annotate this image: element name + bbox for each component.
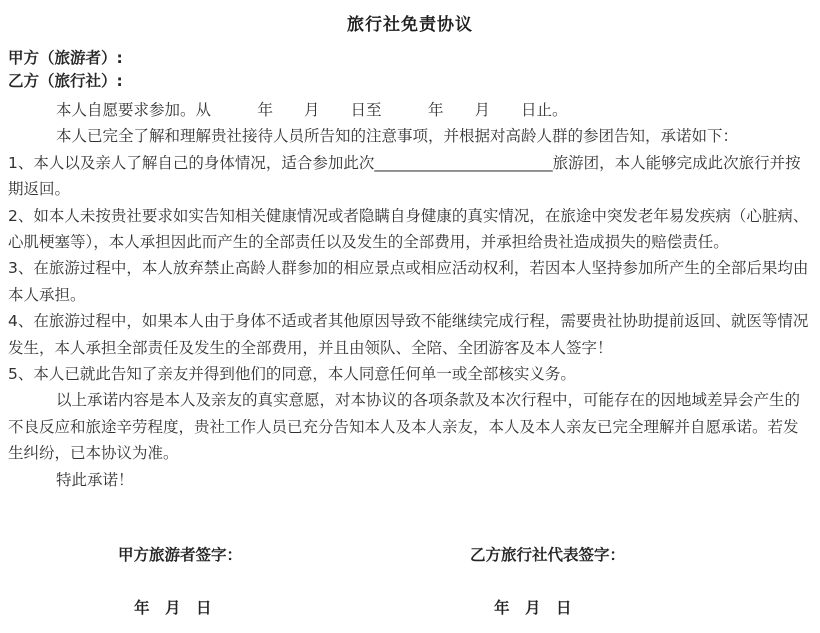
intro-date-line: 本人自愿要求参加。从 年 月 日至 年 月 日止。 xyxy=(8,97,812,123)
hereby-promise: 特此承诺！ xyxy=(8,467,812,493)
clause-1: 1、本人以及亲人了解自己的身体情况，适合参加此次________________… xyxy=(8,150,812,203)
agreement-page: 旅行社免责协议 甲方（旅游者）: 乙方（旅行社）: 本人自愿要求参加。从 年 月… xyxy=(0,0,820,633)
clause-2: 2、如本人未按贵社要求如实告知相关健康情况或者隐瞒自身健康的真实情况，在旅途中突… xyxy=(8,203,812,256)
parties-block: 甲方（旅游者）: 乙方（旅行社）: xyxy=(8,47,812,93)
intro-notice-line: 本人已完全了解和理解贵社接待人员所告知的注意事项，并根据对高龄人群的参团告知，承… xyxy=(8,123,812,149)
party-b-date-line: 年 月 日 xyxy=(494,596,572,618)
document-title: 旅行社免责协议 xyxy=(0,0,820,37)
party-b-signature-label: 乙方旅行社代表签字： xyxy=(470,543,625,565)
clause-4: 4、在旅游过程中，如果本人由于身体不适或者其他原因导致不能继续完成行程，需要贵社… xyxy=(8,308,812,361)
clause-3: 3、在旅游过程中，本人放弃禁止高龄人群参加的相应景点或相应活动权利，若因本人坚持… xyxy=(8,255,812,308)
agreement-body: 本人自愿要求参加。从 年 月 日至 年 月 日止。 本人已完全了解和理解贵社接待… xyxy=(8,97,812,493)
closing-statement: 以上承诺内容是本人及亲友的真实意愿，对本协议的各项条款及本次行程中，可能存在的因… xyxy=(8,387,812,466)
party-a-signature-label: 甲方旅游者签字： xyxy=(118,543,242,565)
party-a-line: 甲方（旅游者）: xyxy=(8,47,812,70)
party-b-line: 乙方（旅行社）: xyxy=(8,70,812,93)
clause-5: 5、本人已就此告知了亲友并得到他们的同意，本人同意任何单一或全部核实义务。 xyxy=(8,361,812,387)
party-a-date-line: 年 月 日 xyxy=(134,596,212,618)
